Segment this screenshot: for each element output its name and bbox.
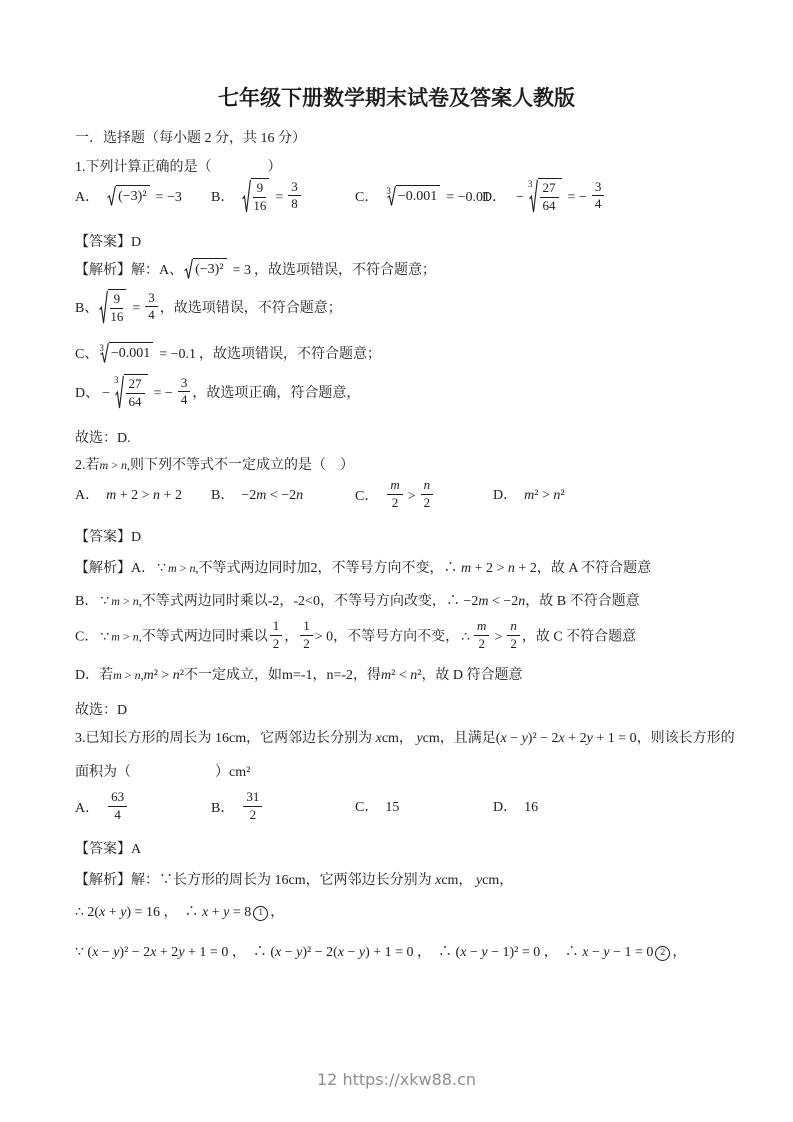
q2-explanation-b: B．∵m > n,不等式两边同时乘以-2，-2<0，不等号方向改变，∴ −2m … <box>75 592 640 612</box>
fraction: 38 <box>288 180 301 213</box>
denominator: 4 <box>178 392 191 408</box>
radicand: (−3)² <box>193 258 226 280</box>
math-inline: ∴ −2m < −2n <box>446 594 525 609</box>
explanation-text: cm， <box>441 873 476 888</box>
denominator: 64 <box>540 198 559 214</box>
exam-page: { "page": { "title": "七年级下册数学期末试卷及答案人教版"… <box>0 0 793 1122</box>
explanation-text: ，故 C 不符合题意 <box>522 630 636 645</box>
math-inline: m > n, <box>113 668 143 682</box>
numerator: 9 <box>253 181 266 198</box>
explanation-text: ， <box>270 905 284 920</box>
conclusion-text: 故选：D <box>75 703 127 718</box>
fraction: 34 <box>592 180 605 213</box>
fraction: n2 <box>507 619 520 652</box>
section-heading: 一．选择题（每小题 2 分，共 16 分） <box>75 129 306 149</box>
root-index: 3 <box>386 187 391 196</box>
because-symbol: ∵ <box>157 561 166 576</box>
q3-stem-line1: 3.已知长方形的周长为 16cm，它两邻边长分别为 xcm， ycm，且满足(x… <box>75 729 735 749</box>
denominator: 4 <box>145 307 158 323</box>
fraction: m2 <box>387 478 402 511</box>
q3-stem-text: 面积为（ ）cm² <box>75 765 250 780</box>
radicand: 2764 <box>538 178 562 214</box>
q3-explanation-3: ∵ (x − y)² − 2x + 2y + 1 = 0 ， ∴ (x − y)… <box>75 943 686 963</box>
root-index: 3 <box>528 180 533 189</box>
option-label: C． <box>355 800 378 815</box>
option-label: A． <box>75 488 99 503</box>
option-label: D． <box>482 190 506 205</box>
math-inline: ∴ m + 2 > n + 2 <box>444 561 537 576</box>
explanation-text: D、 <box>75 386 99 401</box>
explanation-text: 不等式两边同时加2，不等号方向不变， <box>199 561 444 576</box>
fraction: 34 <box>178 376 191 409</box>
explanation-text: ，故选项错误，不符合题意； <box>160 301 342 316</box>
option-label: C． <box>355 489 378 504</box>
fraction: 12 <box>300 619 313 652</box>
q2-conclusion: 故选：D <box>75 701 127 721</box>
option-label: A． <box>75 190 99 205</box>
math-inline: m + 2 > n + 2 <box>106 488 182 503</box>
denominator: 2 <box>243 807 262 823</box>
explanation-text: 【解析】A． <box>75 561 155 576</box>
sqrt-radical: (−3)² <box>107 185 149 207</box>
fraction: 916 <box>110 292 123 325</box>
math-inline: m² > n² <box>524 488 564 503</box>
fraction: 2764 <box>540 181 559 214</box>
greater-than-sign: > <box>494 630 502 645</box>
answer-text: 【答案】D <box>75 235 141 250</box>
explanation-text: B、 <box>75 301 98 316</box>
q3-option-d: D．16 <box>493 798 538 818</box>
q1-options-row: A．(−3)²= −3B．916=38C．3−0.001= −0.01D．−32… <box>75 180 606 216</box>
cube-root-radical: 3−0.001 <box>386 185 440 207</box>
fraction: 916 <box>253 181 266 214</box>
q2-option-b: B．−2m < −2n <box>211 486 355 506</box>
denominator: 8 <box>288 196 301 212</box>
equation-rhs: = 3 <box>233 263 251 278</box>
explanation-text: ，故选项错误，不符合题意； <box>254 263 436 278</box>
q2-stem: 2.若m > n,则下列不等式不一定成立的是（ ） <box>75 456 354 476</box>
radical-sign-icon <box>107 185 116 207</box>
math-inline: m > n, <box>168 561 198 575</box>
equation-rhs: = −3 <box>156 190 182 205</box>
denominator: 2 <box>387 495 402 511</box>
circled-number: 1 <box>253 906 268 921</box>
q2-option-c: C．m2>n2 <box>355 480 493 513</box>
denominator: 16 <box>253 198 266 214</box>
q2-option-d: D．m² > n² <box>493 486 565 506</box>
q2-stem-text: 则下列不等式不一定成立的是（ ） <box>130 458 354 473</box>
explanation-text: ，故 D 符合题意 <box>421 668 522 683</box>
q1-option-d: D．−32764= −34 <box>482 180 606 216</box>
greater-than-sign: > <box>408 489 416 504</box>
equals-sign: = − <box>154 386 173 401</box>
explanation-text: ，故选项正确，符合题意， <box>192 386 360 401</box>
denominator: 2 <box>270 636 283 652</box>
explanation-text: C． <box>75 630 98 645</box>
q1-stem-text: 1.下列计算正确的是（ ） <box>75 160 282 175</box>
q2-explanation-c: C．∵m > n,不等式两边同时乘以12，12> 0，不等号方向不变，∴m2>n… <box>75 621 636 654</box>
minus-sign: − <box>516 190 524 205</box>
explanation-text: 不等式两边同时乘以-2，-2<0，不等号方向改变， <box>142 594 446 609</box>
fraction: 12 <box>270 619 283 652</box>
q2-options-row: A．m + 2 > n + 2B．−2m < −2nC．m2>n2D．m² > … <box>75 480 565 513</box>
sqrt-radical: 916 <box>242 178 269 214</box>
explanation-text: D．若 <box>75 668 113 683</box>
math-inline: m > n, <box>100 458 130 472</box>
explanation-text: 不一定成立，如m=-1，n=-2，得 <box>184 668 381 683</box>
minus-sign: − <box>102 386 110 401</box>
denominator: 2 <box>474 636 489 652</box>
option-label: B． <box>211 801 234 816</box>
fraction: 634 <box>108 790 127 823</box>
q3-option-c: C．15 <box>355 798 493 818</box>
q1-stem: 1.下列计算正确的是（ ） <box>75 158 282 178</box>
answer-text: 【答案】A <box>75 842 141 857</box>
q1-option-b: B．916=38 <box>211 180 355 216</box>
denominator: 2 <box>507 636 520 652</box>
q2-stem-text: 2.若 <box>75 458 100 473</box>
numerator: 3 <box>178 376 191 393</box>
q2-explanation-a: 【解析】A．∵m > n,不等式两边同时加2，不等号方向不变，∴ m + 2 >… <box>75 559 651 579</box>
denominator: 4 <box>592 196 605 212</box>
numerator: 9 <box>110 292 123 309</box>
radical-sign-icon <box>99 289 108 325</box>
q2-explanation-d: D．若m > n,m² > n²不一定成立，如m=-1，n=-2，得m² < n… <box>75 666 523 686</box>
math-inline: −2m < −2n <box>241 488 303 503</box>
section-heading-text: 一．选择题（每小题 2 分，共 16 分） <box>75 131 306 146</box>
explanation-text: 不等式两边同时乘以 <box>142 630 268 645</box>
denominator: 16 <box>110 309 123 325</box>
equation-rhs: = −0.1 <box>159 347 196 362</box>
option-label: A． <box>75 801 99 816</box>
explanation-text: ， <box>672 945 686 960</box>
explanation-text: ，故 B 不符合题意 <box>525 594 639 609</box>
q3-stem-line2: 面积为（ ）cm² <box>75 763 250 783</box>
option-label: D． <box>493 800 517 815</box>
q1-answer: 【答案】D <box>75 233 141 253</box>
denominator: 64 <box>126 394 145 410</box>
math-inline: ∵ (x − y)² − 2x + 2y + 1 = 0 ， ∴ (x − y)… <box>75 945 653 960</box>
equals-sign: = <box>275 190 283 205</box>
explanation-text: B． <box>75 594 98 609</box>
circled-number: 2 <box>655 946 670 961</box>
q1-explanation-d: D、−32764= −34，故选项正确，符合题意， <box>75 376 360 412</box>
option-value: 15 <box>385 800 399 815</box>
equals-sign: = − <box>568 190 587 205</box>
numerator: 31 <box>243 790 262 807</box>
q3-option-b: B．312 <box>211 792 355 825</box>
explanation-text: 【解析】解：∵长方形的周长为 16cm，它两邻边长分别为 <box>75 873 435 888</box>
option-label: B． <box>211 488 234 503</box>
root-index: 3 <box>114 376 119 385</box>
q3-stem-text: cm，且满足 <box>423 731 496 746</box>
numerator: 27 <box>126 377 145 394</box>
q3-explanation-1: 【解析】解：∵长方形的周长为 16cm，它两邻边长分别为 xcm， ycm， <box>75 871 513 891</box>
fraction: n2 <box>421 478 434 511</box>
q1-explanation-c: C、3−0.001= −0.1，故选项错误，不符合题意； <box>75 344 381 366</box>
because-symbol: ∵ <box>100 630 109 645</box>
math-inline: m² > n² <box>144 668 184 683</box>
cube-root-radical: 32764 <box>528 178 562 214</box>
q2-answer: 【答案】D <box>75 528 141 548</box>
q3-stem-text: ，则该长方形的 <box>637 731 735 746</box>
math-inline: m > n, <box>111 594 141 608</box>
answer-text: 【答案】D <box>75 530 141 545</box>
numerator: 1 <box>300 619 313 636</box>
fraction: m2 <box>474 619 489 652</box>
explanation-text: ， <box>284 630 298 645</box>
q3-option-a: A．634 <box>75 792 211 825</box>
q3-answer: 【答案】A <box>75 840 141 860</box>
q3-stem-text: cm， <box>382 731 417 746</box>
fraction: 312 <box>243 790 262 823</box>
explanation-text: 【解析】解：A、 <box>75 263 183 278</box>
denominator: 4 <box>108 807 127 823</box>
fraction: 34 <box>145 291 158 324</box>
radicand: 916 <box>108 289 126 325</box>
radical-sign-icon <box>184 258 193 280</box>
radicand: 2764 <box>124 374 148 410</box>
q1-conclusion: 故选：D. <box>75 429 131 449</box>
q3-explanation-2: ∴ 2(x + y) = 16 ， ∴ x + y = 81， <box>75 903 284 923</box>
cube-root-radical: 32764 <box>114 374 148 410</box>
numerator: 3 <box>145 291 158 308</box>
numerator: m <box>474 619 489 636</box>
q2-option-a: A．m + 2 > n + 2 <box>75 486 211 506</box>
q3-options-row: A．634B．312C．15D．16 <box>75 792 538 825</box>
option-value: 16 <box>524 800 538 815</box>
numerator: 3 <box>288 180 301 197</box>
because-symbol: ∵ <box>100 594 109 609</box>
option-label: D． <box>493 488 517 503</box>
numerator: 27 <box>540 181 559 198</box>
option-label: B． <box>211 190 234 205</box>
radicand: −0.001 <box>109 342 153 364</box>
explanation-text: ，故选项错误，不符合题意； <box>199 347 381 362</box>
cube-root-radical: 3−0.001 <box>99 342 153 364</box>
conclusion-text: 故选：D. <box>75 431 131 446</box>
therefore-symbol: ∴ <box>461 630 470 645</box>
q1-option-c: C．3−0.001= −0.01 <box>355 187 482 209</box>
numerator: 3 <box>592 180 605 197</box>
q1-explanation-a: 【解析】解：A、(−3)²= 3，故选项错误，不符合题意； <box>75 260 436 282</box>
q1-explanation-b: B、916=34，故选项错误，不符合题意； <box>75 291 342 327</box>
numerator: n <box>507 619 520 636</box>
root-index: 3 <box>99 344 104 353</box>
radicand: 916 <box>251 178 269 214</box>
q1-option-a: A．(−3)²= −3 <box>75 187 211 209</box>
math-inline: (x − y)² − 2x + 2y + 1 = 0 <box>496 731 637 746</box>
numerator: 63 <box>108 790 127 807</box>
radicand: −0.001 <box>396 185 440 207</box>
explanation-text: ，故 A 不符合题意 <box>537 561 651 576</box>
numerator: m <box>387 478 402 495</box>
math-inline: m² < n² <box>381 668 421 683</box>
denominator: 2 <box>421 495 434 511</box>
option-label: C． <box>355 190 378 205</box>
math-inline: ∴ 2(x + y) = 16 ， ∴ x + y = 8 <box>75 905 251 920</box>
radicand: (−3)² <box>116 185 149 207</box>
q3-stem-text: 3.已知长方形的周长为 16cm，它两邻边长分别为 <box>75 731 376 746</box>
fraction: 2764 <box>126 377 145 410</box>
numerator: 1 <box>270 619 283 636</box>
math-inline: m > n, <box>111 630 141 644</box>
page-title: 七年级下册数学期末试卷及答案人教版 <box>0 82 793 112</box>
numerator: n <box>421 478 434 495</box>
sqrt-radical: (−3)² <box>184 258 226 280</box>
radical-sign-icon <box>242 178 251 214</box>
equals-sign: = <box>132 301 140 316</box>
document-page: 七年级下册数学期末试卷及答案人教版 一．选择题（每小题 2 分，共 16 分） … <box>0 0 793 1122</box>
explanation-text: > 0，不等号方向不变， <box>315 630 459 645</box>
denominator: 2 <box>300 636 313 652</box>
explanation-text: C、 <box>75 347 98 362</box>
explanation-text: cm， <box>482 873 513 888</box>
page-footer-watermark: 12 https://xkw88.cn <box>0 1070 793 1089</box>
sqrt-radical: 916 <box>99 289 126 325</box>
